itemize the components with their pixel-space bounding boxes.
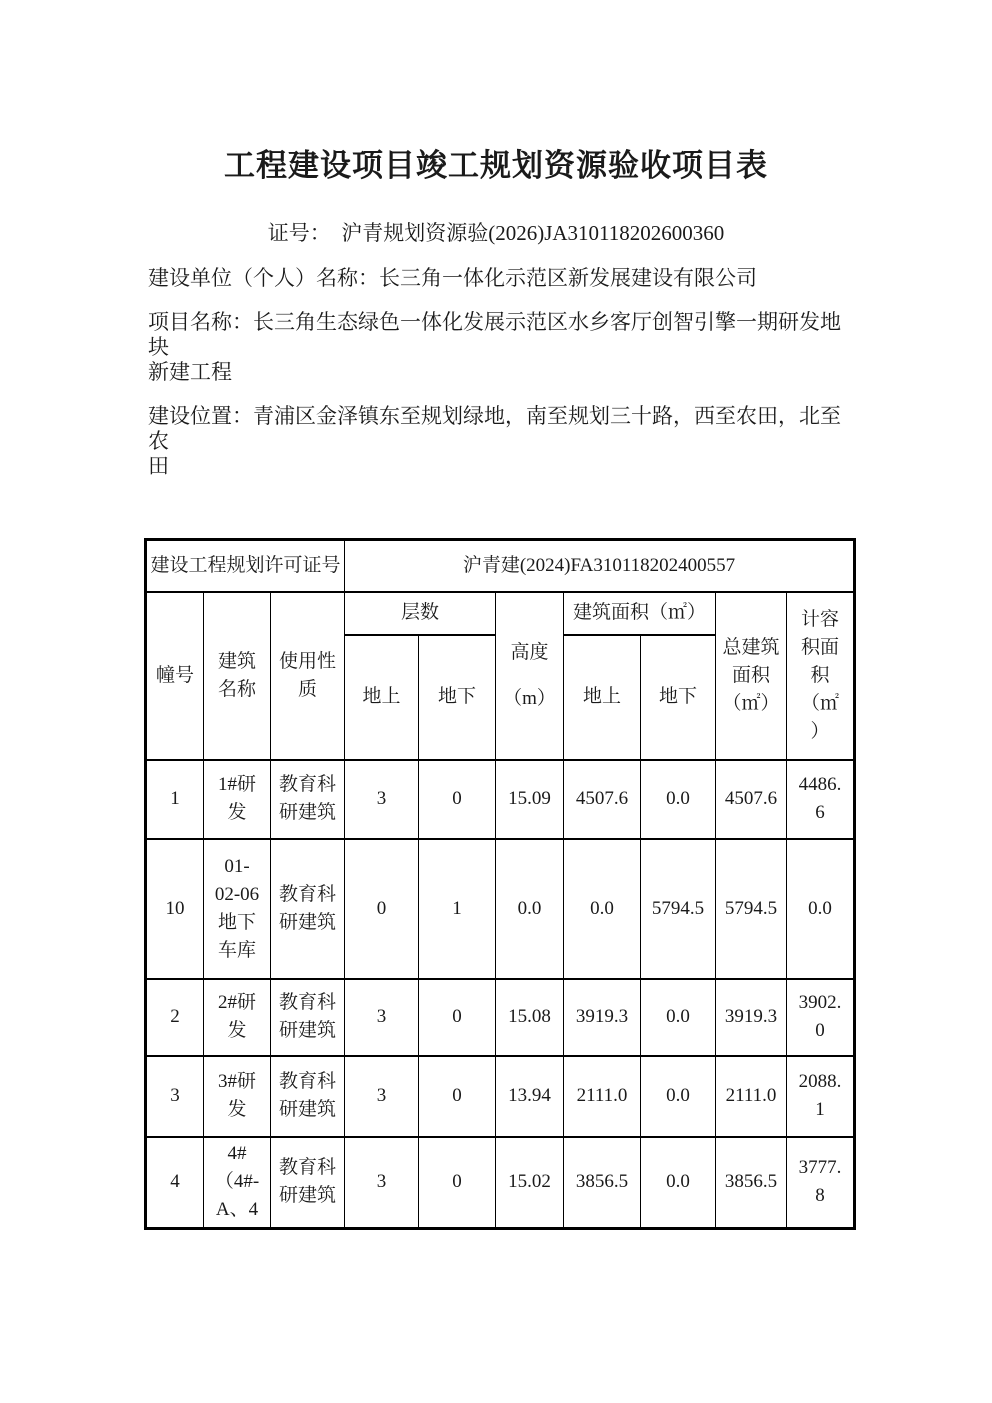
table-cell: 0.0 [641, 1056, 716, 1137]
table-cell: 0 [419, 979, 496, 1056]
table-cell: 4507.6 [564, 760, 641, 839]
table-cell: 0.0 [787, 839, 855, 979]
permit-label-cell: 建设工程规划许可证号 [146, 540, 345, 592]
header-building-name: 建筑 名称 [204, 592, 271, 760]
table-cell: 3 [345, 760, 419, 839]
table-cell: 教育科 研建筑 [271, 760, 345, 839]
table-cell: 教育科 研建筑 [271, 839, 345, 979]
table-cell: 0.0 [564, 839, 641, 979]
table-cell: 13.94 [496, 1056, 564, 1137]
table-cell: 0 [345, 839, 419, 979]
permit-number-cell: 沪青建(2024)FA310118202400557 [345, 540, 855, 592]
header-height: 高度 （m） [496, 592, 564, 760]
table-cell: 0 [419, 1137, 496, 1229]
table-cell: 2088. 1 [787, 1056, 855, 1137]
table-cell: 3 [345, 1056, 419, 1137]
table-cell: 10 [146, 839, 204, 979]
table-cell: 15.02 [496, 1137, 564, 1229]
header-floor-area: 建筑面积（㎡） [564, 592, 716, 635]
table-cell: 5794.5 [716, 839, 787, 979]
table-cell: 2111.0 [564, 1056, 641, 1137]
header-area-above: 地上 [564, 635, 641, 760]
table-cell: 3 [345, 1137, 419, 1229]
header-building-no: 幢号 [146, 592, 204, 760]
table-cell: 0 [419, 1056, 496, 1137]
table-cell: 2 [146, 979, 204, 1056]
header-usage: 使用性 质 [271, 592, 345, 760]
table-cell: 教育科 研建筑 [271, 979, 345, 1056]
table-cell: 0.0 [641, 1137, 716, 1229]
document-page: 工程建设项目竣工规划资源验收项目表 证号： 沪青规划资源验(2026)JA310… [0, 0, 992, 1403]
header-area-below: 地下 [641, 635, 716, 760]
table-cell: 3919.3 [564, 979, 641, 1056]
table-cell: 3 [345, 979, 419, 1056]
table-row: 1 1#研 发 教育科 研建筑 3 0 15.09 4507.6 0.0 450… [146, 760, 855, 839]
project-name-paragraph: 项目名称：长三角生态绿色一体化发展示范区水乡客厅创智引擎一期研发地块 新建工程 [148, 310, 848, 385]
table-cell: 0.0 [641, 979, 716, 1056]
table-cell: 4507.6 [716, 760, 787, 839]
header-floors-above: 地上 [345, 635, 419, 760]
table-cell: 3 [146, 1056, 204, 1137]
header-floors: 层数 [345, 592, 496, 635]
table-cell: 2111.0 [716, 1056, 787, 1137]
header-total-area: 总建筑 面积 （㎡） [716, 592, 787, 760]
table-cell: 5794.5 [641, 839, 716, 979]
table-cell: 1 [419, 839, 496, 979]
table-cell: 0.0 [641, 760, 716, 839]
builder-name-paragraph: 建设单位（个人）名称：长三角一体化示范区新发展建设有限公司 [148, 266, 848, 291]
header-row-1: 幢号 建筑 名称 使用性 质 层数 高度 （m） 建筑面积（㎡） 总建筑 面积 … [146, 592, 855, 635]
table-cell: 教育科 研建筑 [271, 1056, 345, 1137]
table-cell: 15.08 [496, 979, 564, 1056]
table-row: 10 01- 02-06 地下 车库 教育科 研建筑 0 1 0.0 0.0 5… [146, 839, 855, 979]
table-row: 3 3#研 发 教育科 研建筑 3 0 13.94 2111.0 0.0 211… [146, 1056, 855, 1137]
table-cell: 3777. 8 [787, 1137, 855, 1229]
table-cell: 3856.5 [564, 1137, 641, 1229]
certificate-number-line: 证号： 沪青规划资源验(2026)JA310118202600360 [0, 220, 992, 246]
acceptance-project-table: 建设工程规划许可证号 沪青建(2024)FA310118202400557 幢号… [144, 538, 856, 1230]
table-cell: 1#研 发 [204, 760, 271, 839]
table-cell: 0 [419, 760, 496, 839]
table-cell: 0.0 [496, 839, 564, 979]
table-row: 4 4# （4#- A、4 教育科 研建筑 3 0 15.02 3856.5 0… [146, 1137, 855, 1229]
table-cell: 3#研 发 [204, 1056, 271, 1137]
header-floors-below: 地下 [419, 635, 496, 760]
table-cell: 3856.5 [716, 1137, 787, 1229]
table-cell: 4# （4#- A、4 [204, 1137, 271, 1229]
table-cell: 3902. 0 [787, 979, 855, 1056]
table-cell: 4 [146, 1137, 204, 1229]
table-cell: 01- 02-06 地下 车库 [204, 839, 271, 979]
table-cell: 15.09 [496, 760, 564, 839]
table-row: 2 2#研 发 教育科 研建筑 3 0 15.08 3919.3 0.0 391… [146, 979, 855, 1056]
table-cell: 2#研 发 [204, 979, 271, 1056]
document-info-block: 建设单位（个人）名称：长三角一体化示范区新发展建设有限公司 项目名称：长三角生态… [148, 266, 848, 498]
permit-row: 建设工程规划许可证号 沪青建(2024)FA310118202400557 [146, 540, 855, 592]
table-cell: 4486. 6 [787, 760, 855, 839]
construction-location-paragraph: 建设位置：青浦区金泽镇东至规划绿地，南至规划三十路，西至农田，北至农 田 [148, 404, 848, 479]
page-title: 工程建设项目竣工规划资源验收项目表 [0, 148, 992, 184]
table-cell: 1 [146, 760, 204, 839]
table-cell: 3919.3 [716, 979, 787, 1056]
table-cell: 教育科 研建筑 [271, 1137, 345, 1229]
header-plot-ratio-area: 计容 积面 积 （㎡ ） [787, 592, 855, 760]
